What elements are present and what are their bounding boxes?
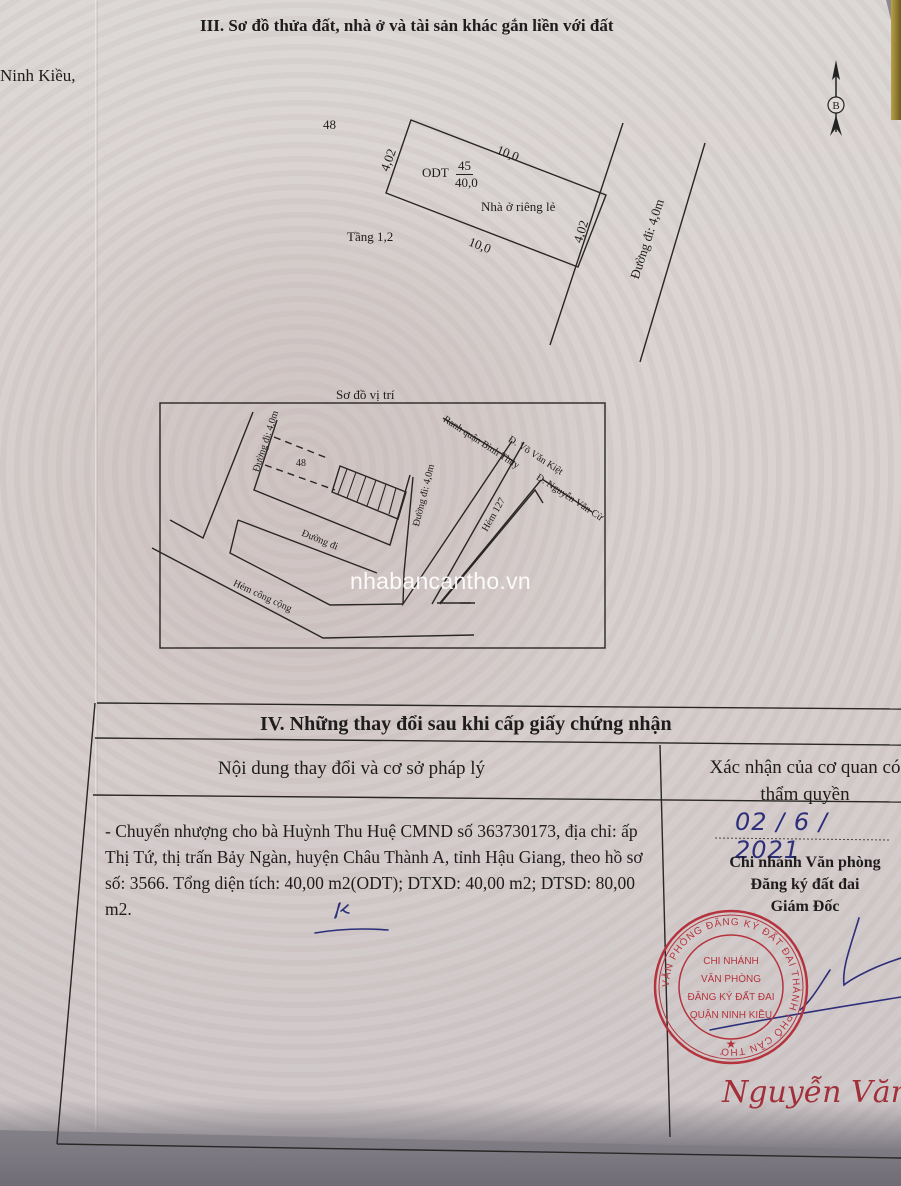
building-type: Nhà ở riêng lẻ [481,199,555,215]
svg-text:VĂN PHÒNG: VĂN PHÒNG [701,972,761,985]
watermark: nhabancantho.vn [350,568,531,595]
svg-text:VĂN PHÒNG ĐĂNG KÝ ĐẤT ĐAI THÀN: VĂN PHÒNG ĐĂNG KÝ ĐẤT ĐAI THÀNH PHỐ CẦN … [660,916,804,1057]
svg-text:QUẬN NINH KIỀU: QUẬN NINH KIỀU [690,1008,772,1021]
parcel-number: 45 [456,158,473,175]
svg-text:★: ★ [726,1037,737,1051]
map-parcel-label: 48 [296,458,306,469]
svg-text:CHI NHÁNH: CHI NHÁNH [703,954,759,967]
org-line-1: Chi nhánh Văn phòng [700,852,901,874]
change-entry-content: - Chuyển nhượng cho bà Huỳnh Thu Huệ CMN… [105,818,650,922]
parcel-area: 40,0 [455,175,478,191]
svg-text:B: B [832,100,839,112]
signer-name: Nguyễn Văn S [722,1075,901,1110]
column-header-content: Nội dung thay đổi và cơ sở pháp lý [218,758,485,780]
neighbor-parcel-label: 48 [323,117,336,133]
svg-text:ĐĂNG KÝ ĐẤT ĐAI: ĐĂNG KÝ ĐẤT ĐAI [687,990,774,1003]
land-type: ODT [422,165,449,181]
north-arrow-icon: B [820,60,852,140]
column-header-authority: Xác nhận của cơ quan có thẩm quyền [700,754,901,808]
org-line-2: Đăng ký đất đai [700,874,901,896]
floors-label: Tầng 1,2 [347,229,393,245]
location-map-title: Sơ đồ vị trí [336,387,395,403]
parcel-outline [386,120,606,267]
official-stamp-icon: VĂN PHÒNG ĐĂNG KÝ ĐẤT ĐAI THÀNH PHỐ CẦN … [652,908,810,1066]
section-iv-title: IV. Những thay đổi sau khi cấp giấy chứn… [260,713,672,736]
